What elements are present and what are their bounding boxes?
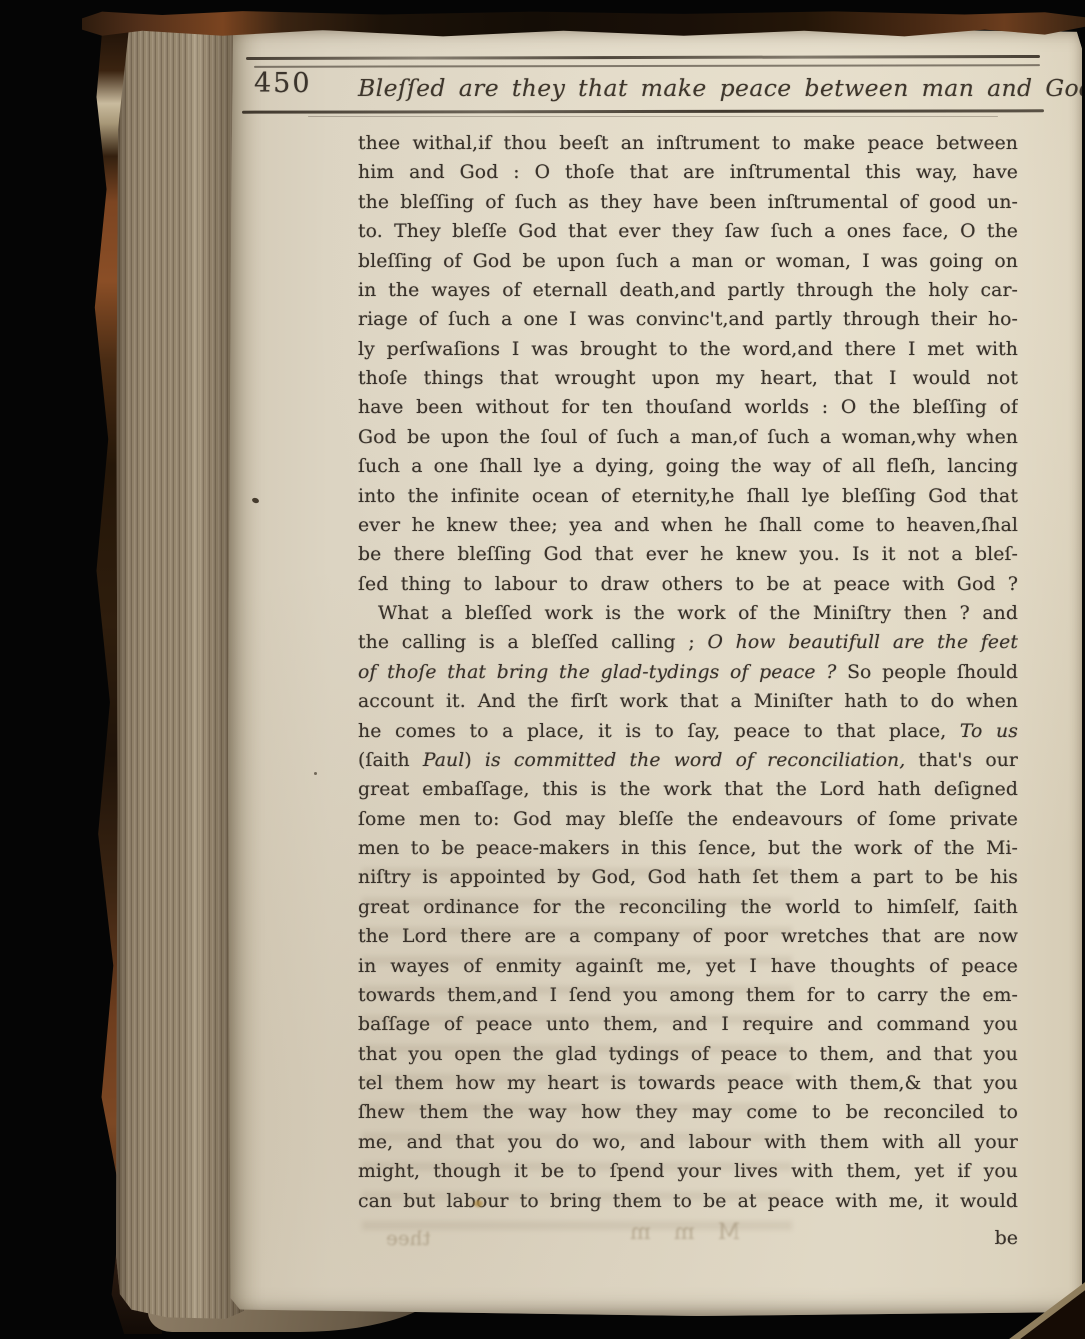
body-line: have been without for ten thouſand world…: [358, 393, 1018, 422]
text-segment: he comes to a place, it is to ſay, peace…: [358, 721, 960, 742]
text-segment: to. They bleſſe God that ever they ſaw ſ…: [358, 221, 1018, 242]
body-line: in wayes of enmity againſt me, yet I hav…: [358, 952, 1018, 981]
text-segment: in wayes of enmity againſt me, yet I hav…: [358, 956, 1018, 977]
catchword: be: [995, 1227, 1018, 1249]
text-segment: can but labour to bring them to be at pe…: [358, 1191, 1018, 1212]
text-segment: me, and that you do wo, and labour with …: [358, 1132, 1018, 1153]
text-segment: that you open the glad tydings of peace …: [358, 1044, 1018, 1065]
body-line: What a bleſſed work is the work of the M…: [358, 599, 1018, 628]
body-line: bleſſing of God be upon ſuch a man or wo…: [358, 247, 1018, 276]
body-line: the calling is a bleſſed calling ; O how…: [358, 628, 1018, 657]
body-line: in the wayes of eternall death,and partl…: [358, 276, 1018, 305]
text-segment: ever he knew thee; yea and when he ſhall…: [358, 515, 1018, 536]
body-line: into the infinite ocean of eternity,he ſ…: [358, 482, 1018, 511]
body-line: baſſage of peace unto them, and I requir…: [358, 1010, 1018, 1039]
text-segment: men to be peace-makers in this ſence, bu…: [358, 838, 1018, 859]
ink-speck: [314, 772, 317, 775]
header-rule-top-2: [254, 64, 1040, 67]
body-line: ſhew them the way how they may come to b…: [358, 1098, 1018, 1127]
body-line: be there bleſſing God that ever he knew …: [358, 540, 1018, 569]
ink-speck: [251, 497, 259, 504]
body-line: the bleſſing of ſuch as they have been i…: [358, 188, 1018, 217]
page-edge-stack: [116, 26, 244, 1320]
text-segment: What a bleſſed work is the work of the M…: [378, 603, 1018, 624]
text-segment: O how beautifull are the feet: [707, 632, 1018, 653]
text-segment: account it. And the firſt work that a Mi…: [358, 691, 1018, 712]
showthrough-word-left: thee: [386, 1226, 431, 1250]
body-line: God be upon the ſoul of ſuch a man,of ſu…: [358, 423, 1018, 452]
text-segment: Paul: [423, 750, 465, 771]
text-segment: thoſe things that wrought upon my heart,…: [358, 368, 1018, 389]
body-line: towards them,and I ſend you among them f…: [358, 981, 1018, 1010]
text-segment: ): [464, 750, 485, 771]
text-segment: riage of ſuch a one I was convinc't,and …: [358, 309, 1018, 330]
text-segment: might, though it be to ſpend your lives …: [358, 1161, 1018, 1182]
text-segment: tel them how my heart is towards peace w…: [358, 1073, 1018, 1094]
text-segment: him and God : O thoſe that are inſtrumen…: [358, 162, 1018, 183]
text-segment: that's our: [905, 750, 1018, 771]
body-line: great embaſſage, this is the work that t…: [358, 775, 1018, 804]
body-line: me, and that you do wo, and labour with …: [358, 1128, 1018, 1157]
text-segment: the calling is a bleſſed calling ;: [358, 632, 707, 653]
text-segment: in the wayes of eternall death,and partl…: [358, 280, 1018, 301]
body-text: thee withal,if thou beeſt an inſtrument …: [358, 129, 1018, 1216]
text-segment: ſome men to: God may bleſſe the endeavou…: [358, 809, 1018, 830]
book-page: 450 Bleſſed are they that make peace bet…: [228, 28, 1082, 1316]
body-line: ſuch a one ſhall lye a dying, going the …: [358, 452, 1018, 481]
text-segment: To us: [960, 721, 1018, 742]
header-rule-top: [246, 55, 1040, 60]
text-segment: ly perſwaſions I was brought to the word…: [358, 339, 1018, 360]
body-line: ever he knew thee; yea and when he ſhall…: [358, 511, 1018, 540]
text-segment: great embaſſage, this is the work that t…: [358, 779, 1018, 800]
text-segment: is committed the word of reconciliation,: [485, 750, 905, 771]
text-segment: So people ſhould: [847, 662, 1018, 683]
body-line: (ſaith Paul) is committed the word of re…: [358, 746, 1018, 775]
body-line: that you open the glad tydings of peace …: [358, 1040, 1018, 1069]
text-segment: great ordinance for the reconciling the …: [358, 897, 1018, 918]
book-scan: 450 Bleſſed are they that make peace bet…: [0, 0, 1085, 1339]
text-segment: (ſaith: [358, 750, 423, 771]
header-rule-bottom-2: [308, 116, 998, 117]
text-segment: into the infinite ocean of eternity,he ſ…: [358, 486, 1018, 507]
body-line: ſed thing to labour to draw others to be…: [358, 570, 1018, 599]
text-segment: ſuch a one ſhall lye a dying, going the …: [358, 456, 1018, 477]
page-number: 450: [254, 68, 312, 99]
text-segment: of thoſe that bring the glad-tydings of …: [358, 662, 847, 683]
text-segment: thee withal,if thou beeſt an inſtrument …: [358, 133, 1018, 154]
body-line: him and God : O thoſe that are inſtrumen…: [358, 158, 1018, 187]
paper-stain: [474, 1200, 483, 1207]
body-line: might, though it be to ſpend your lives …: [358, 1157, 1018, 1186]
body-line: he comes to a place, it is to ſay, peace…: [358, 717, 1018, 746]
body-line: tel them how my heart is towards peace w…: [358, 1069, 1018, 1098]
body-line: great ordinance for the reconciling the …: [358, 893, 1018, 922]
text-segment: the bleſſing of ſuch as they have been i…: [358, 192, 1018, 213]
running-header: Bleſſed are they that make peace between…: [358, 74, 1018, 102]
body-line: can but labour to bring them to be at pe…: [358, 1187, 1018, 1216]
text-segment: God be upon the ſoul of ſuch a man,of ſu…: [358, 427, 1018, 448]
text-segment: towards them,and I ſend you among them f…: [358, 985, 1018, 1006]
text-segment: the Lord there are a company of poor wre…: [358, 926, 1018, 947]
body-line: men to be peace-makers in this ſence, bu…: [358, 834, 1018, 863]
header-rule-bottom: [242, 109, 1044, 113]
text-segment: ſhew them the way how they may come to b…: [358, 1102, 1018, 1123]
body-line: the Lord there are a company of poor wre…: [358, 922, 1018, 951]
body-line: riage of ſuch a one I was convinc't,and …: [358, 305, 1018, 334]
body-line: niſtry is appointed by God, God hath ſet…: [358, 863, 1018, 892]
body-line: ſome men to: God may bleſſe the endeavou…: [358, 805, 1018, 834]
text-segment: baſſage of peace unto them, and I requir…: [358, 1014, 1018, 1035]
text-segment: have been without for ten thouſand world…: [358, 397, 1018, 418]
text-segment: bleſſing of God be upon ſuch a man or wo…: [358, 251, 1018, 272]
text-segment: be there bleſſing God that ever he knew …: [358, 544, 1018, 565]
showthrough-signature: M m m: [626, 1220, 740, 1245]
body-line: of thoſe that bring the glad-tydings of …: [358, 658, 1018, 687]
body-line: thoſe things that wrought upon my heart,…: [358, 364, 1018, 393]
body-line: thee withal,if thou beeſt an inſtrument …: [358, 129, 1018, 158]
text-segment: ſed thing to labour to draw others to be…: [358, 574, 1018, 595]
body-line: ly perſwaſions I was brought to the word…: [358, 335, 1018, 364]
text-segment: niſtry is appointed by God, God hath ſet…: [358, 867, 1018, 888]
body-line: account it. And the firſt work that a Mi…: [358, 687, 1018, 716]
body-line: to. They bleſſe God that ever they ſaw ſ…: [358, 217, 1018, 246]
